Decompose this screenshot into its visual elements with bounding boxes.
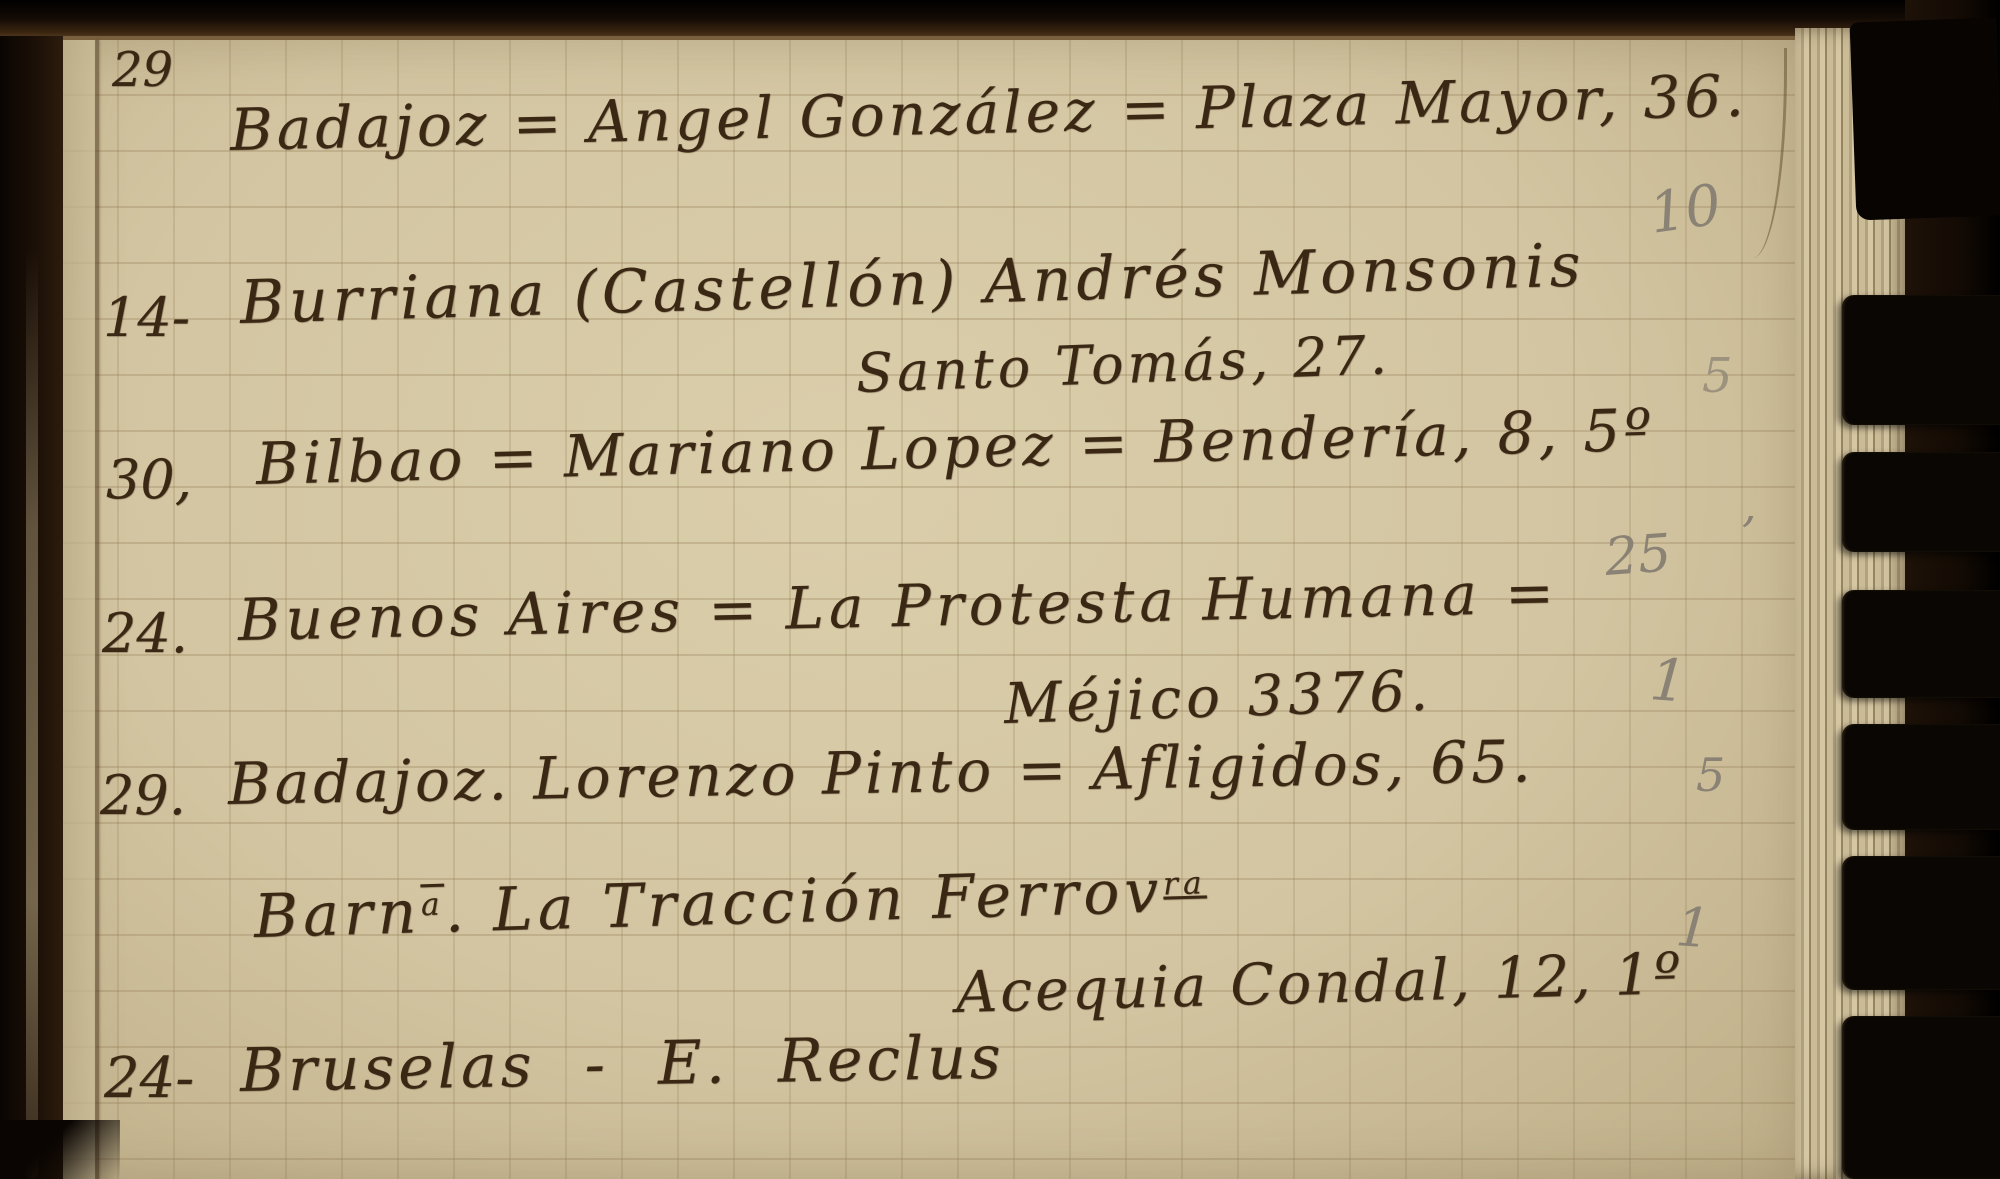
photo-corner-shadow — [0, 1120, 120, 1179]
page-crease-line — [95, 40, 99, 1179]
entry-number: 24. — [102, 602, 188, 665]
index-tab — [1842, 590, 2000, 698]
superscript-abbreviation: a — [420, 887, 445, 924]
entry-number: 29. — [100, 764, 186, 827]
entry-text: Bruselas - E. Reclus — [239, 1023, 1005, 1106]
entry-text-part: Barn — [253, 877, 422, 952]
superscript-abbreviation: ra — [1163, 865, 1208, 902]
pencil-margin-number: 5 — [1696, 748, 1725, 802]
pencil-margin-number: 25 — [1603, 523, 1673, 587]
index-tab — [1842, 856, 2000, 990]
facing-page-sliver — [26, 250, 38, 1179]
pencil-margin-number: 1 — [1674, 895, 1713, 960]
pencil-margin-number: 1 — [1648, 645, 1690, 715]
page-margin-strip — [63, 40, 96, 1179]
photo-top-shadow — [0, 0, 2000, 40]
index-tab — [1842, 452, 2000, 552]
entry-number: 29 — [112, 42, 173, 98]
pencil-margin-number: 5 — [1702, 348, 1733, 404]
entry-number: 14- — [103, 286, 190, 349]
entry-number: 24- — [104, 1046, 194, 1111]
index-tab — [1842, 295, 2000, 425]
cover-corner — [1850, 17, 2000, 220]
index-tab — [1842, 1016, 2000, 1179]
index-tab — [1842, 724, 2000, 830]
entry-number: 30, — [106, 448, 192, 511]
pencil-margin-number: 10 — [1645, 172, 1725, 246]
entry-continuation: Méjico 3376. — [1003, 659, 1434, 737]
pencil-margin-mark: , — [1742, 478, 1757, 532]
